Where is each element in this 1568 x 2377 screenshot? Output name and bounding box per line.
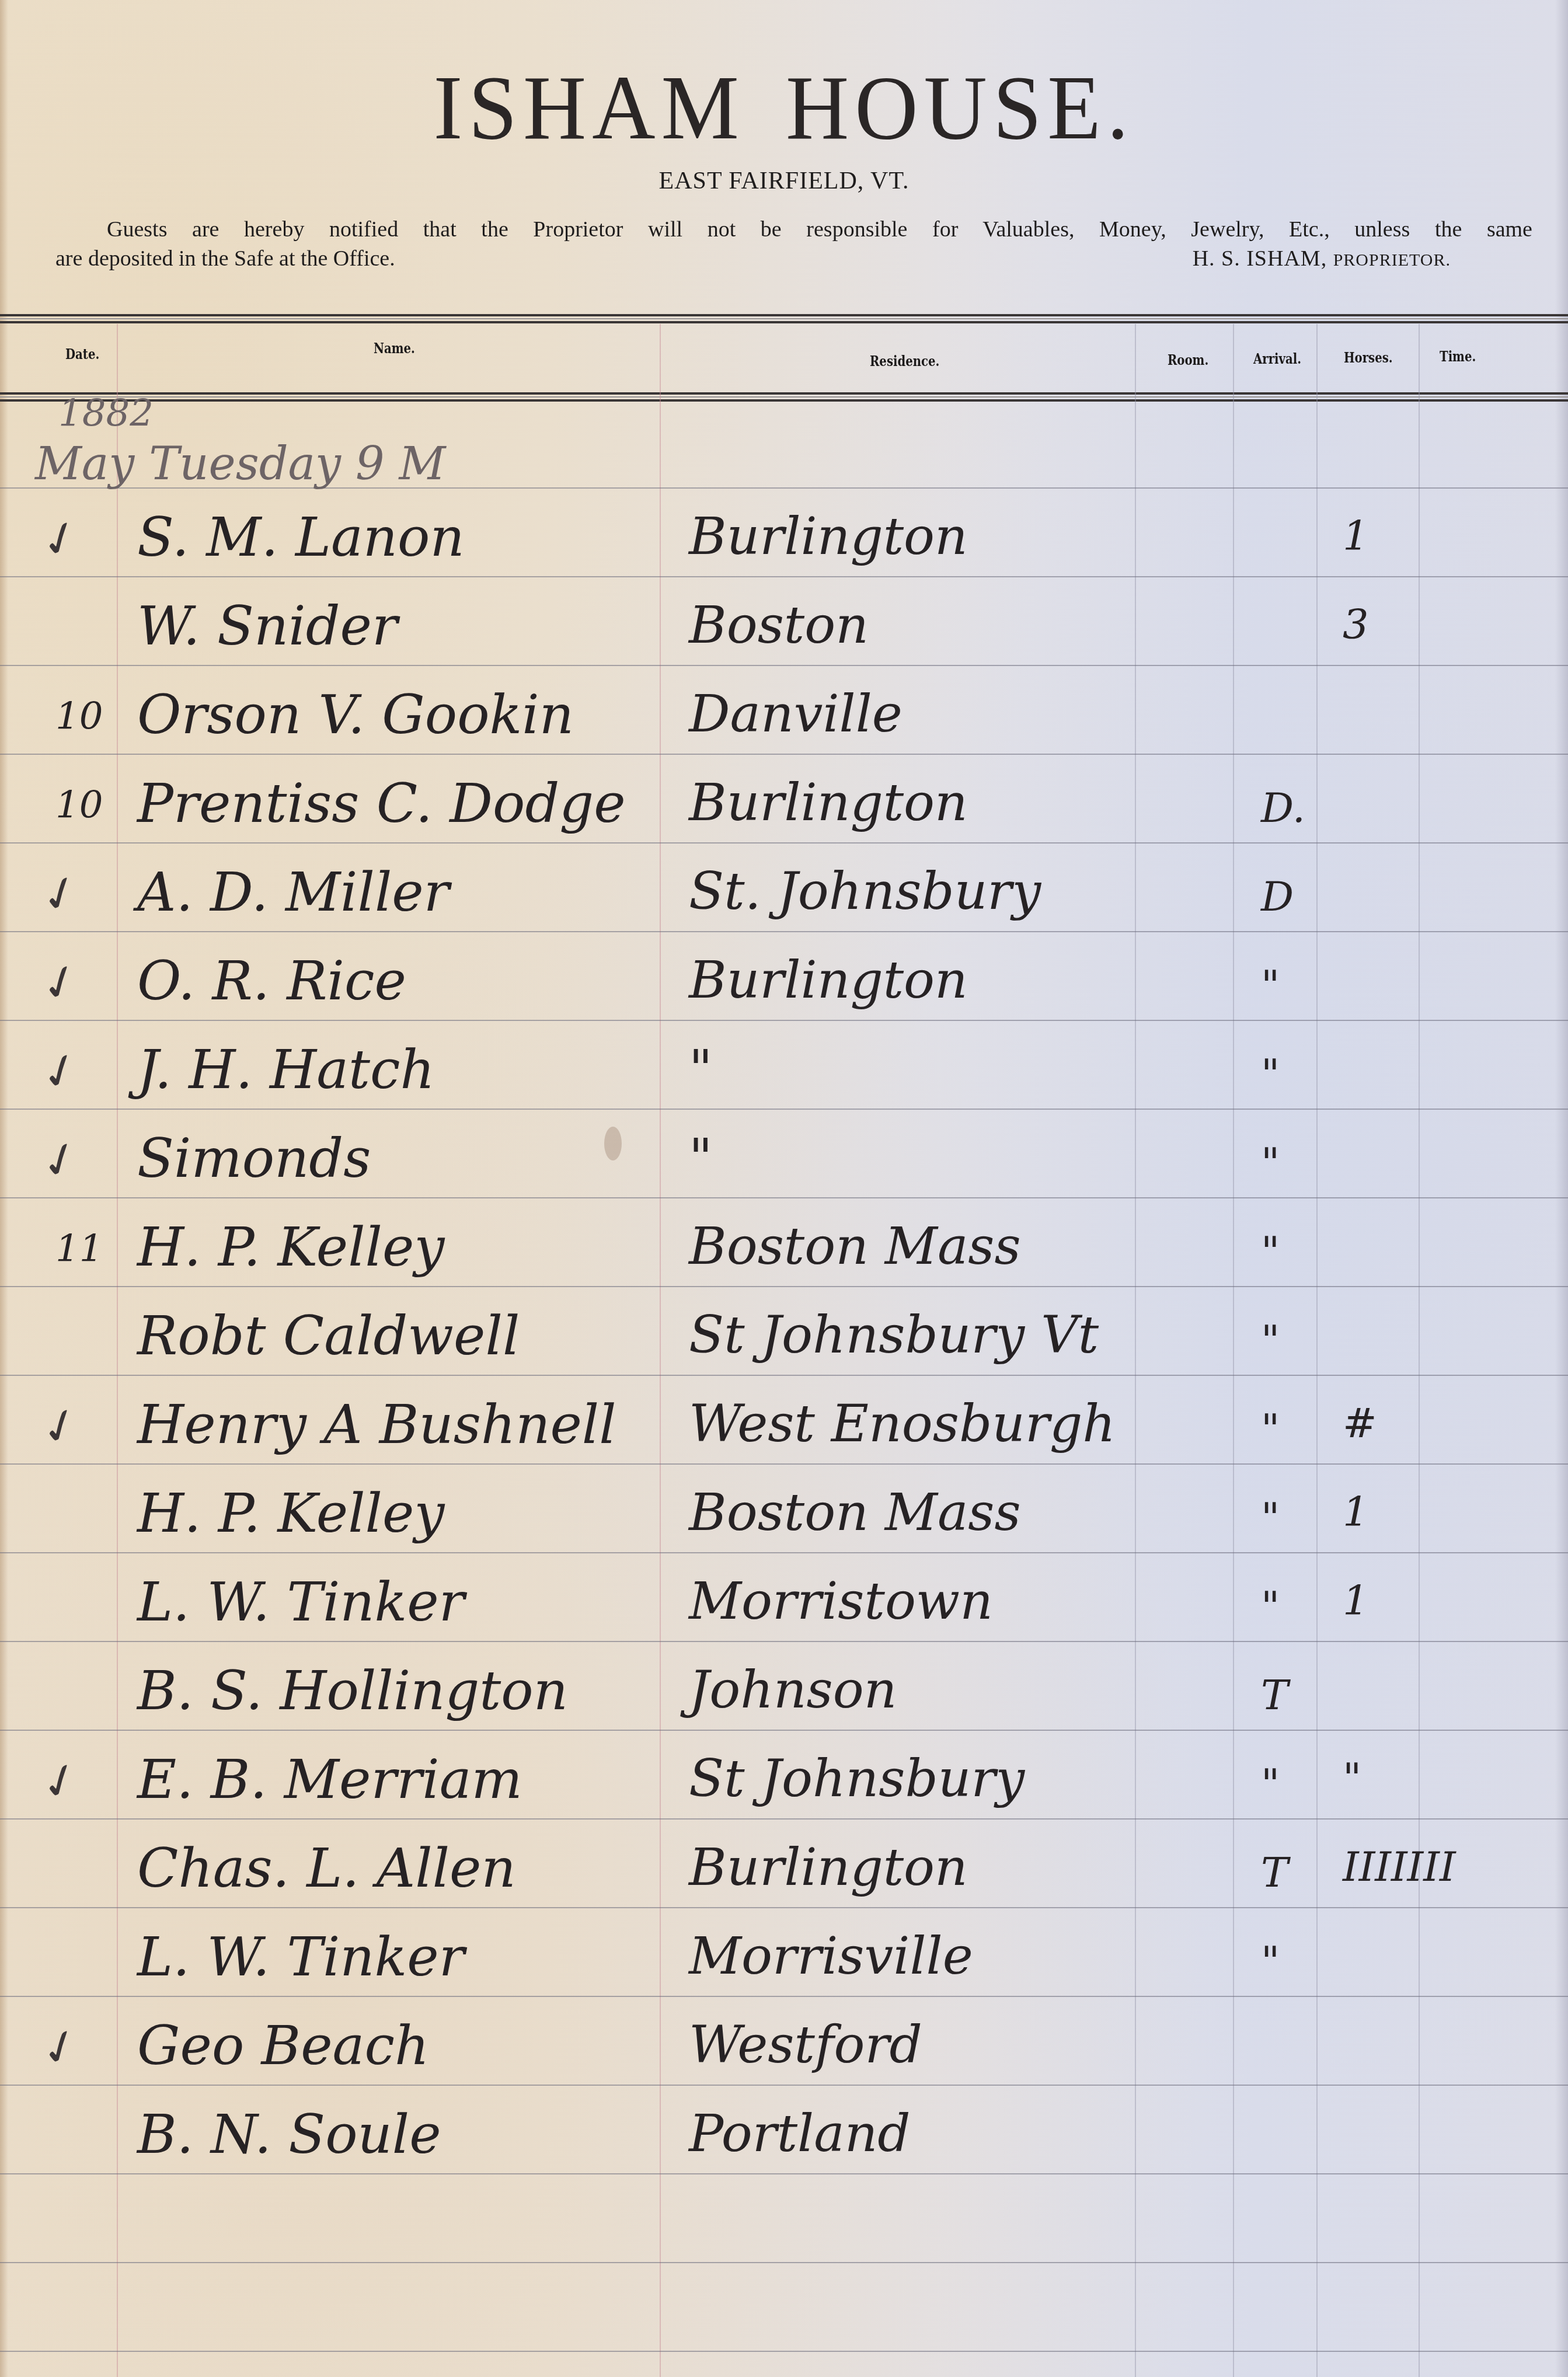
entry-horses: 1	[1343, 512, 1369, 560]
entry-arrival: "	[1261, 1494, 1280, 1542]
column-divider-arrival	[1316, 324, 1318, 2377]
checkmark-icon: ✓	[33, 950, 88, 1015]
header-double-rule	[0, 314, 1568, 323]
column-divider-date	[117, 324, 118, 2377]
guest-name: L. W. Tinker	[137, 1926, 465, 1988]
row-rule	[0, 1375, 1568, 1376]
checkmark-icon: ✓	[33, 1128, 88, 1193]
guest-residence: Burlington	[689, 1837, 968, 1897]
guest-name: Simonds	[137, 1127, 371, 1190]
row-rule	[0, 1109, 1568, 1110]
guest-residence: Boston Mass	[689, 1216, 1021, 1276]
guest-name: Prentiss C. Dodge	[137, 772, 626, 835]
row-rule	[0, 1020, 1568, 1021]
column-header-double-rule	[0, 392, 1568, 402]
checkmark-icon: ✓	[33, 1394, 88, 1459]
title-word-1: ISHAM	[434, 57, 745, 158]
row-rule	[0, 2351, 1568, 2352]
proprietor-title: Proprietor.	[1333, 250, 1451, 270]
page-title: ISHAMHOUSE.	[0, 55, 1568, 161]
entry-arrival: "	[1261, 1050, 1280, 1098]
hotel-location: EAST FAIRFIELD, VT.	[0, 167, 1568, 195]
row-rule	[0, 842, 1568, 844]
checkmark-icon: ✓	[33, 1039, 88, 1104]
row-rule	[0, 1996, 1568, 1997]
entry-horses: 3	[1343, 601, 1369, 649]
guest-name: E. B. Merriam	[137, 1748, 522, 1811]
guest-residence: Morristown	[689, 1571, 993, 1631]
guest-name: J. H. Hatch	[137, 1038, 435, 1101]
entry-arrival: "	[1261, 961, 1280, 1009]
entry-arrival: D.	[1261, 784, 1305, 832]
guest-name: Chas. L. Allen	[137, 1837, 516, 1899]
column-header-time: Time.	[1440, 348, 1476, 365]
proprietor-name: H. S. ISHAM,	[1193, 246, 1327, 271]
checkmark-icon: ✓	[33, 862, 88, 926]
ink-stain	[604, 1127, 622, 1160]
guest-residence: Burlington	[689, 772, 968, 832]
entry-arrival: D	[1261, 873, 1294, 921]
guest-residence: St Johnsbury Vt	[689, 1305, 1099, 1365]
guest-name: Henry A Bushnell	[137, 1393, 616, 1456]
guest-name: A. D. Miller	[137, 861, 450, 923]
column-divider-room	[1233, 324, 1234, 2377]
row-rule	[0, 1730, 1568, 1731]
row-rule	[0, 576, 1568, 577]
entry-arrival: "	[1261, 1139, 1280, 1187]
guest-residence: St. Johnsbury	[689, 861, 1041, 921]
guest-name: B. N. Soule	[137, 2103, 441, 2166]
entry-horses: 1	[1343, 1488, 1369, 1536]
row-rule	[0, 665, 1568, 666]
guest-name: H. P. Kelley	[137, 1482, 444, 1545]
checkmark-icon: ✓	[33, 507, 88, 571]
row-rule	[0, 1641, 1568, 1642]
guest-residence: "	[689, 1127, 712, 1187]
notice-line-2: are deposited in the Safe at the Office.	[55, 244, 395, 275]
row-rule	[0, 1907, 1568, 1908]
column-header-arrival: Arrival.	[1253, 350, 1301, 367]
entry-horses: "	[1343, 1754, 1361, 1802]
register-day-heading: May Tuesday 9 M	[35, 438, 445, 490]
guest-name: Geo Beach	[137, 2014, 429, 2077]
column-divider-residence	[1135, 324, 1136, 2377]
column-divider-name	[660, 324, 661, 2377]
guest-residence: Portland	[689, 2103, 911, 2163]
row-rule	[0, 1463, 1568, 1465]
entry-arrival: "	[1261, 1228, 1280, 1275]
entry-arrival: "	[1261, 1760, 1280, 1808]
guest-residence: Boston Mass	[689, 1482, 1021, 1542]
entry-horses: #	[1343, 1399, 1377, 1447]
column-header-horses: Horses.	[1344, 349, 1393, 366]
title-word-2: HOUSE.	[786, 57, 1135, 158]
notice-line-1: Guests are hereby notified that the Prop…	[55, 215, 1532, 244]
checkmark-icon: ✓	[33, 1749, 88, 1814]
guest-residence: Westford	[689, 2014, 922, 2075]
entry-arrival: T	[1261, 1671, 1288, 1719]
row-rule	[0, 2262, 1568, 2263]
page-right-edge	[1555, 0, 1568, 2377]
guest-residence: Danville	[689, 684, 903, 744]
column-header-residence: Residence.	[870, 353, 939, 370]
guest-residence: Boston	[689, 595, 869, 655]
liability-notice: Guests are hereby notified that the Prop…	[55, 215, 1532, 275]
entry-arrival: "	[1261, 1316, 1280, 1364]
row-rule	[0, 931, 1568, 932]
row-rule	[0, 2085, 1568, 2086]
guest-name: H. P. Kelley	[137, 1216, 444, 1278]
guest-residence: "	[689, 1038, 712, 1099]
page-left-edge	[0, 0, 8, 2377]
column-header-room: Room.	[1168, 351, 1208, 368]
entry-arrival: "	[1261, 1405, 1280, 1453]
register-year: 1882	[58, 392, 154, 435]
entry-date: 10	[55, 784, 103, 827]
guest-name: L. W. Tinker	[137, 1571, 465, 1633]
row-rule	[0, 754, 1568, 755]
guest-residence: Burlington	[689, 506, 968, 566]
guest-residence: Morrisville	[689, 1926, 973, 1986]
checkmark-icon: ✓	[33, 2015, 88, 2080]
guest-name: O. R. Rice	[137, 950, 406, 1012]
row-rule	[0, 1552, 1568, 1553]
row-rule	[0, 1818, 1568, 1820]
guest-name: W. Snider	[137, 595, 398, 657]
entry-date: 11	[55, 1228, 103, 1271]
entry-arrival: "	[1261, 1583, 1280, 1630]
guest-name: Robt Caldwell	[137, 1305, 520, 1367]
entry-horses: IIIIIII	[1343, 1843, 1456, 1891]
guest-residence: Johnson	[689, 1660, 897, 1720]
guest-name: Orson V. Gookin	[137, 684, 574, 746]
row-rule	[0, 1286, 1568, 1287]
guest-residence: West Enosburgh	[689, 1393, 1116, 1454]
row-rule	[0, 2173, 1568, 2174]
guest-residence: St Johnsbury	[689, 1748, 1025, 1808]
column-header-name: Name.	[374, 340, 415, 357]
proprietor-signature: H. S. ISHAM, Proprietor.	[1193, 244, 1532, 275]
column-header-date: Date.	[65, 346, 99, 363]
guest-name: B. S. Hollington	[137, 1660, 568, 1722]
column-divider-horses	[1419, 324, 1420, 2377]
entry-arrival: T	[1261, 1849, 1288, 1897]
row-rule	[0, 1197, 1568, 1198]
entry-arrival: "	[1261, 1937, 1280, 1985]
guest-name: S. M. Lanon	[137, 506, 465, 569]
entry-date: 10	[55, 695, 103, 738]
guest-residence: Burlington	[689, 950, 968, 1010]
entry-horses: 1	[1343, 1577, 1369, 1625]
